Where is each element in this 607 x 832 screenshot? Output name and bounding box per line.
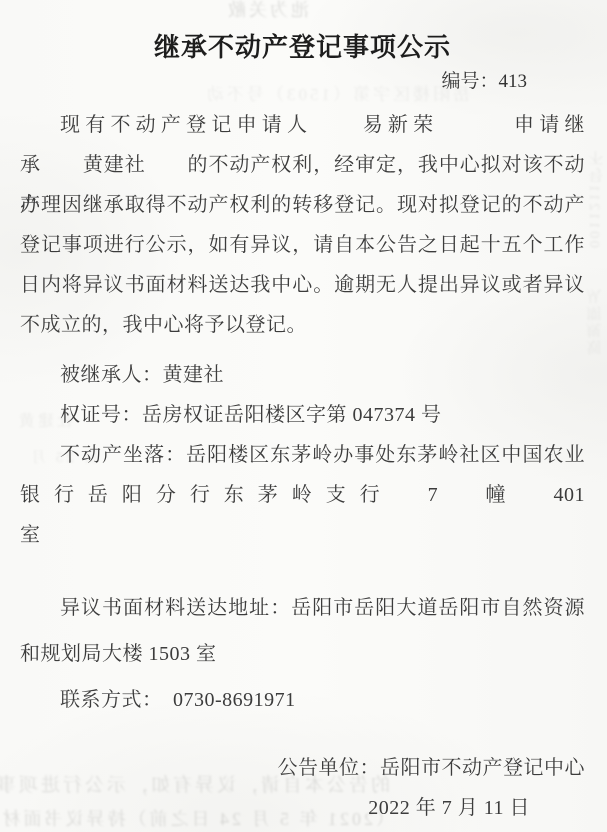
notice-title: 继承不动产登记事项公示 <box>20 30 585 66</box>
doc-number: 编号：413 <box>20 68 585 96</box>
issuing-unit: 公告单位：岳阳市不动产登记中心 <box>20 748 585 788</box>
heir-line: 被继承人：黄建社 <box>20 355 585 395</box>
objection-contact-info: 异议书面材料送达地址：岳阳市岳阳大道岳阳市自然资源 和规划局大楼 1503 室 … <box>20 585 585 723</box>
registration-details: 被继承人：黄建社 权证号：岳房权证岳阳楼区字第 047374 号 不动产坐落：岳… <box>20 355 585 555</box>
scanned-notice-page: 池为关敝 岳阳楼区字第（1503）号不动 0011211号不 划规期从 社建黄 … <box>0 0 607 832</box>
body-line-6: 不成立的，我中心将予以登记。 <box>20 305 585 345</box>
objection-address-line-1: 异议书面材料送达地址：岳阳市岳阳大道岳阳市自然资源 <box>20 585 585 631</box>
property-location-line-2: 银行岳阳分行东茅岭支行 7 幢 401 <box>20 475 585 515</box>
body-line-3: 办理因继承取得不动产权利的转移登记。现对拟登记的不动产 <box>20 185 585 225</box>
property-location-line-3: 室 <box>20 515 585 555</box>
body-line-4: 登记事项进行公示，如有异议，请自本公告之日起十五个工作 <box>20 225 585 265</box>
notice-document: 继承不动产登记事项公示 编号：413 现有不动产登记申请人 易新荣 申请继 承 … <box>0 0 607 832</box>
certificate-number-line: 权证号：岳房权证岳阳楼区字第 047374 号 <box>20 395 585 435</box>
notice-footer: 公告单位：岳阳市不动产登记中心 2022 年 7 月 11 日 <box>20 748 585 828</box>
body-line-1: 现有不动产登记申请人 易新荣 申请继 <box>20 105 585 145</box>
objection-address-line-2: 和规划局大楼 1503 室 <box>20 631 585 677</box>
notice-body-paragraph: 现有不动产登记申请人 易新荣 申请继 承 黄建社 的不动产权利，经审定，我中心拟… <box>20 105 585 345</box>
body-line-5: 日内将异议书面材料送达我中心。逾期无人提出异议或者异议 <box>20 265 585 305</box>
contact-phone-line: 联系方式： 0730-8691971 <box>20 677 585 723</box>
issue-date: 2022 年 7 月 11 日 <box>20 788 585 828</box>
property-location-line-1: 不动产坐落：岳阳楼区东茅岭办事处东茅岭社区中国农业 <box>20 435 585 475</box>
body-line-2: 承 黄建社 的不动产权利，经审定，我中心拟对该不动产 <box>20 145 585 185</box>
